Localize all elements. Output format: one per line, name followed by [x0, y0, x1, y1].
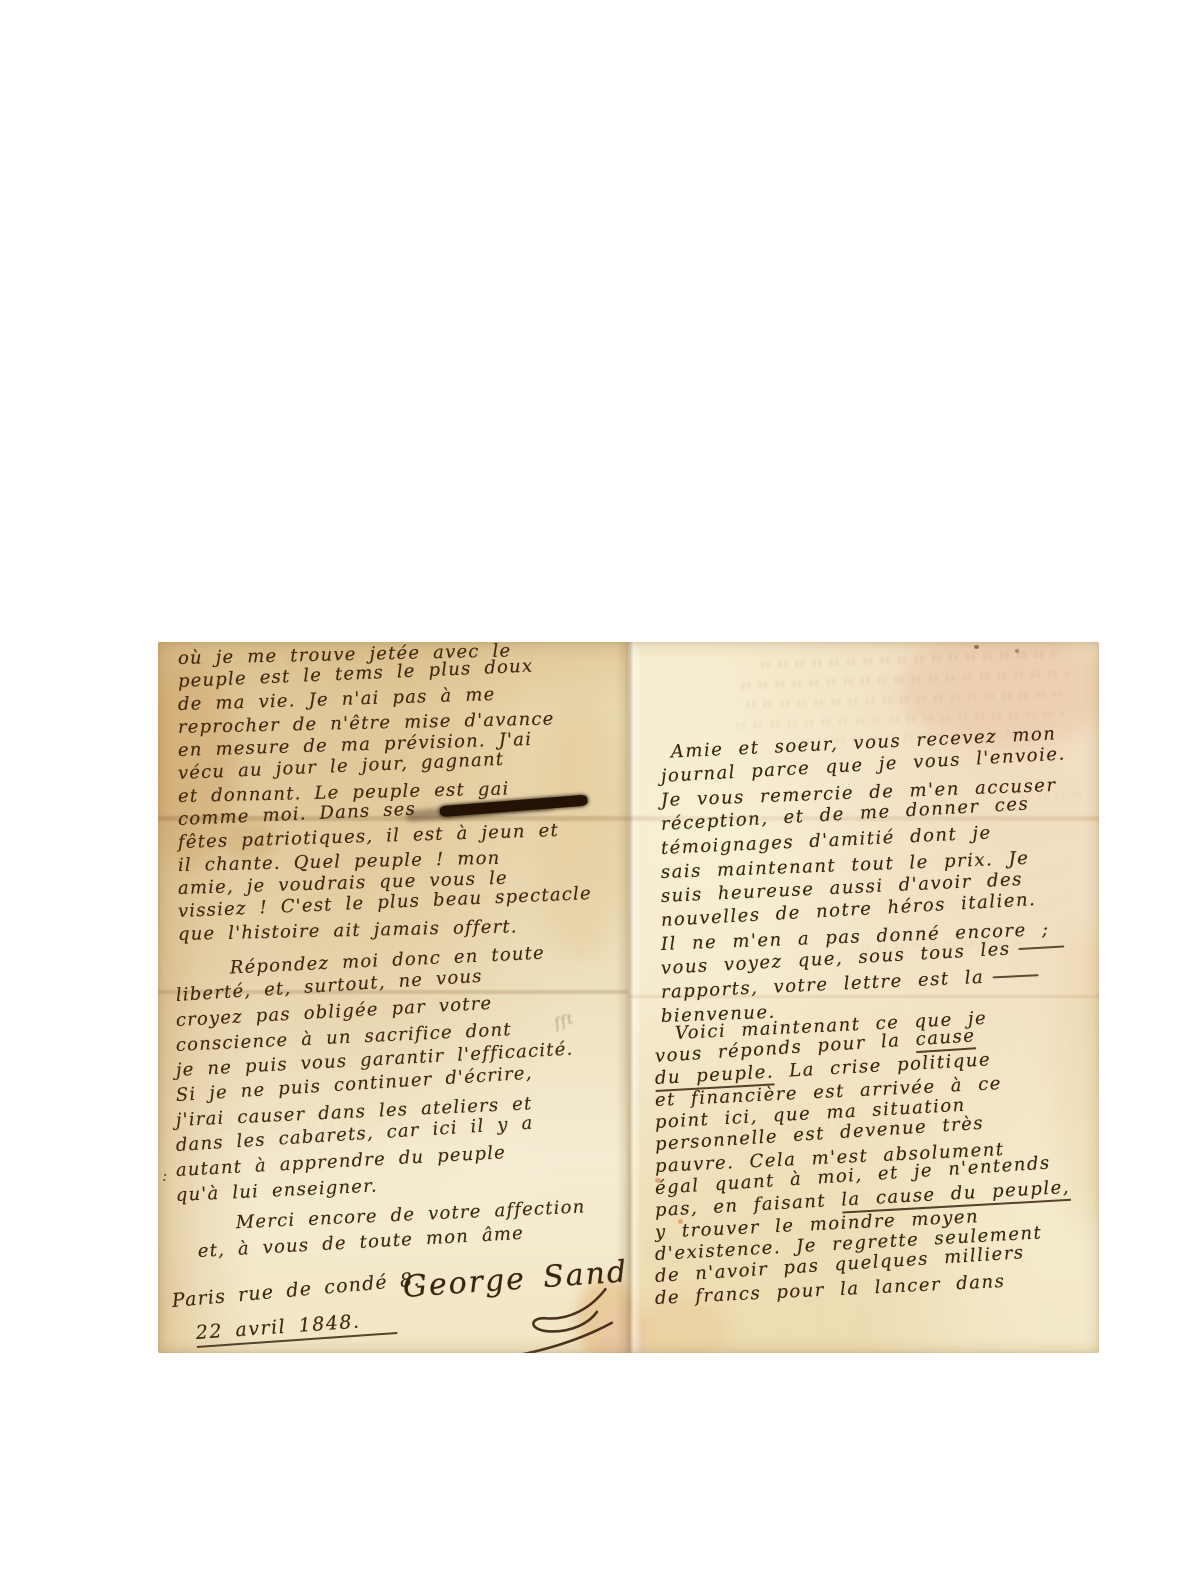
- ink-line-filler: [1019, 945, 1065, 950]
- ink-smear-blot: [440, 795, 588, 818]
- right-paragraph-1: Amie et soeur, vous recevez mon journal …: [661, 742, 1066, 1030]
- underlined-text: cause: [915, 1025, 976, 1053]
- left-paragraph-1: où je me trouve jetée avec le peuple est…: [178, 648, 592, 947]
- right-paragraph-2: Voici maintenant ce que je vous réponds …: [655, 1024, 1071, 1310]
- letter-photograph: où je me trouve jetée avec le peuple est…: [158, 642, 1099, 1353]
- margin-mark: :: [162, 1166, 167, 1185]
- scan-background: où je me trouve jetée avec le peuple est…: [0, 0, 1196, 1595]
- left-closing: Merci encore de votre affection et, à vo…: [198, 1214, 586, 1268]
- ink-line-filler: [992, 974, 1038, 978]
- left-paragraph-2: Répondez moi donc en toute liberté, et, …: [176, 960, 574, 1210]
